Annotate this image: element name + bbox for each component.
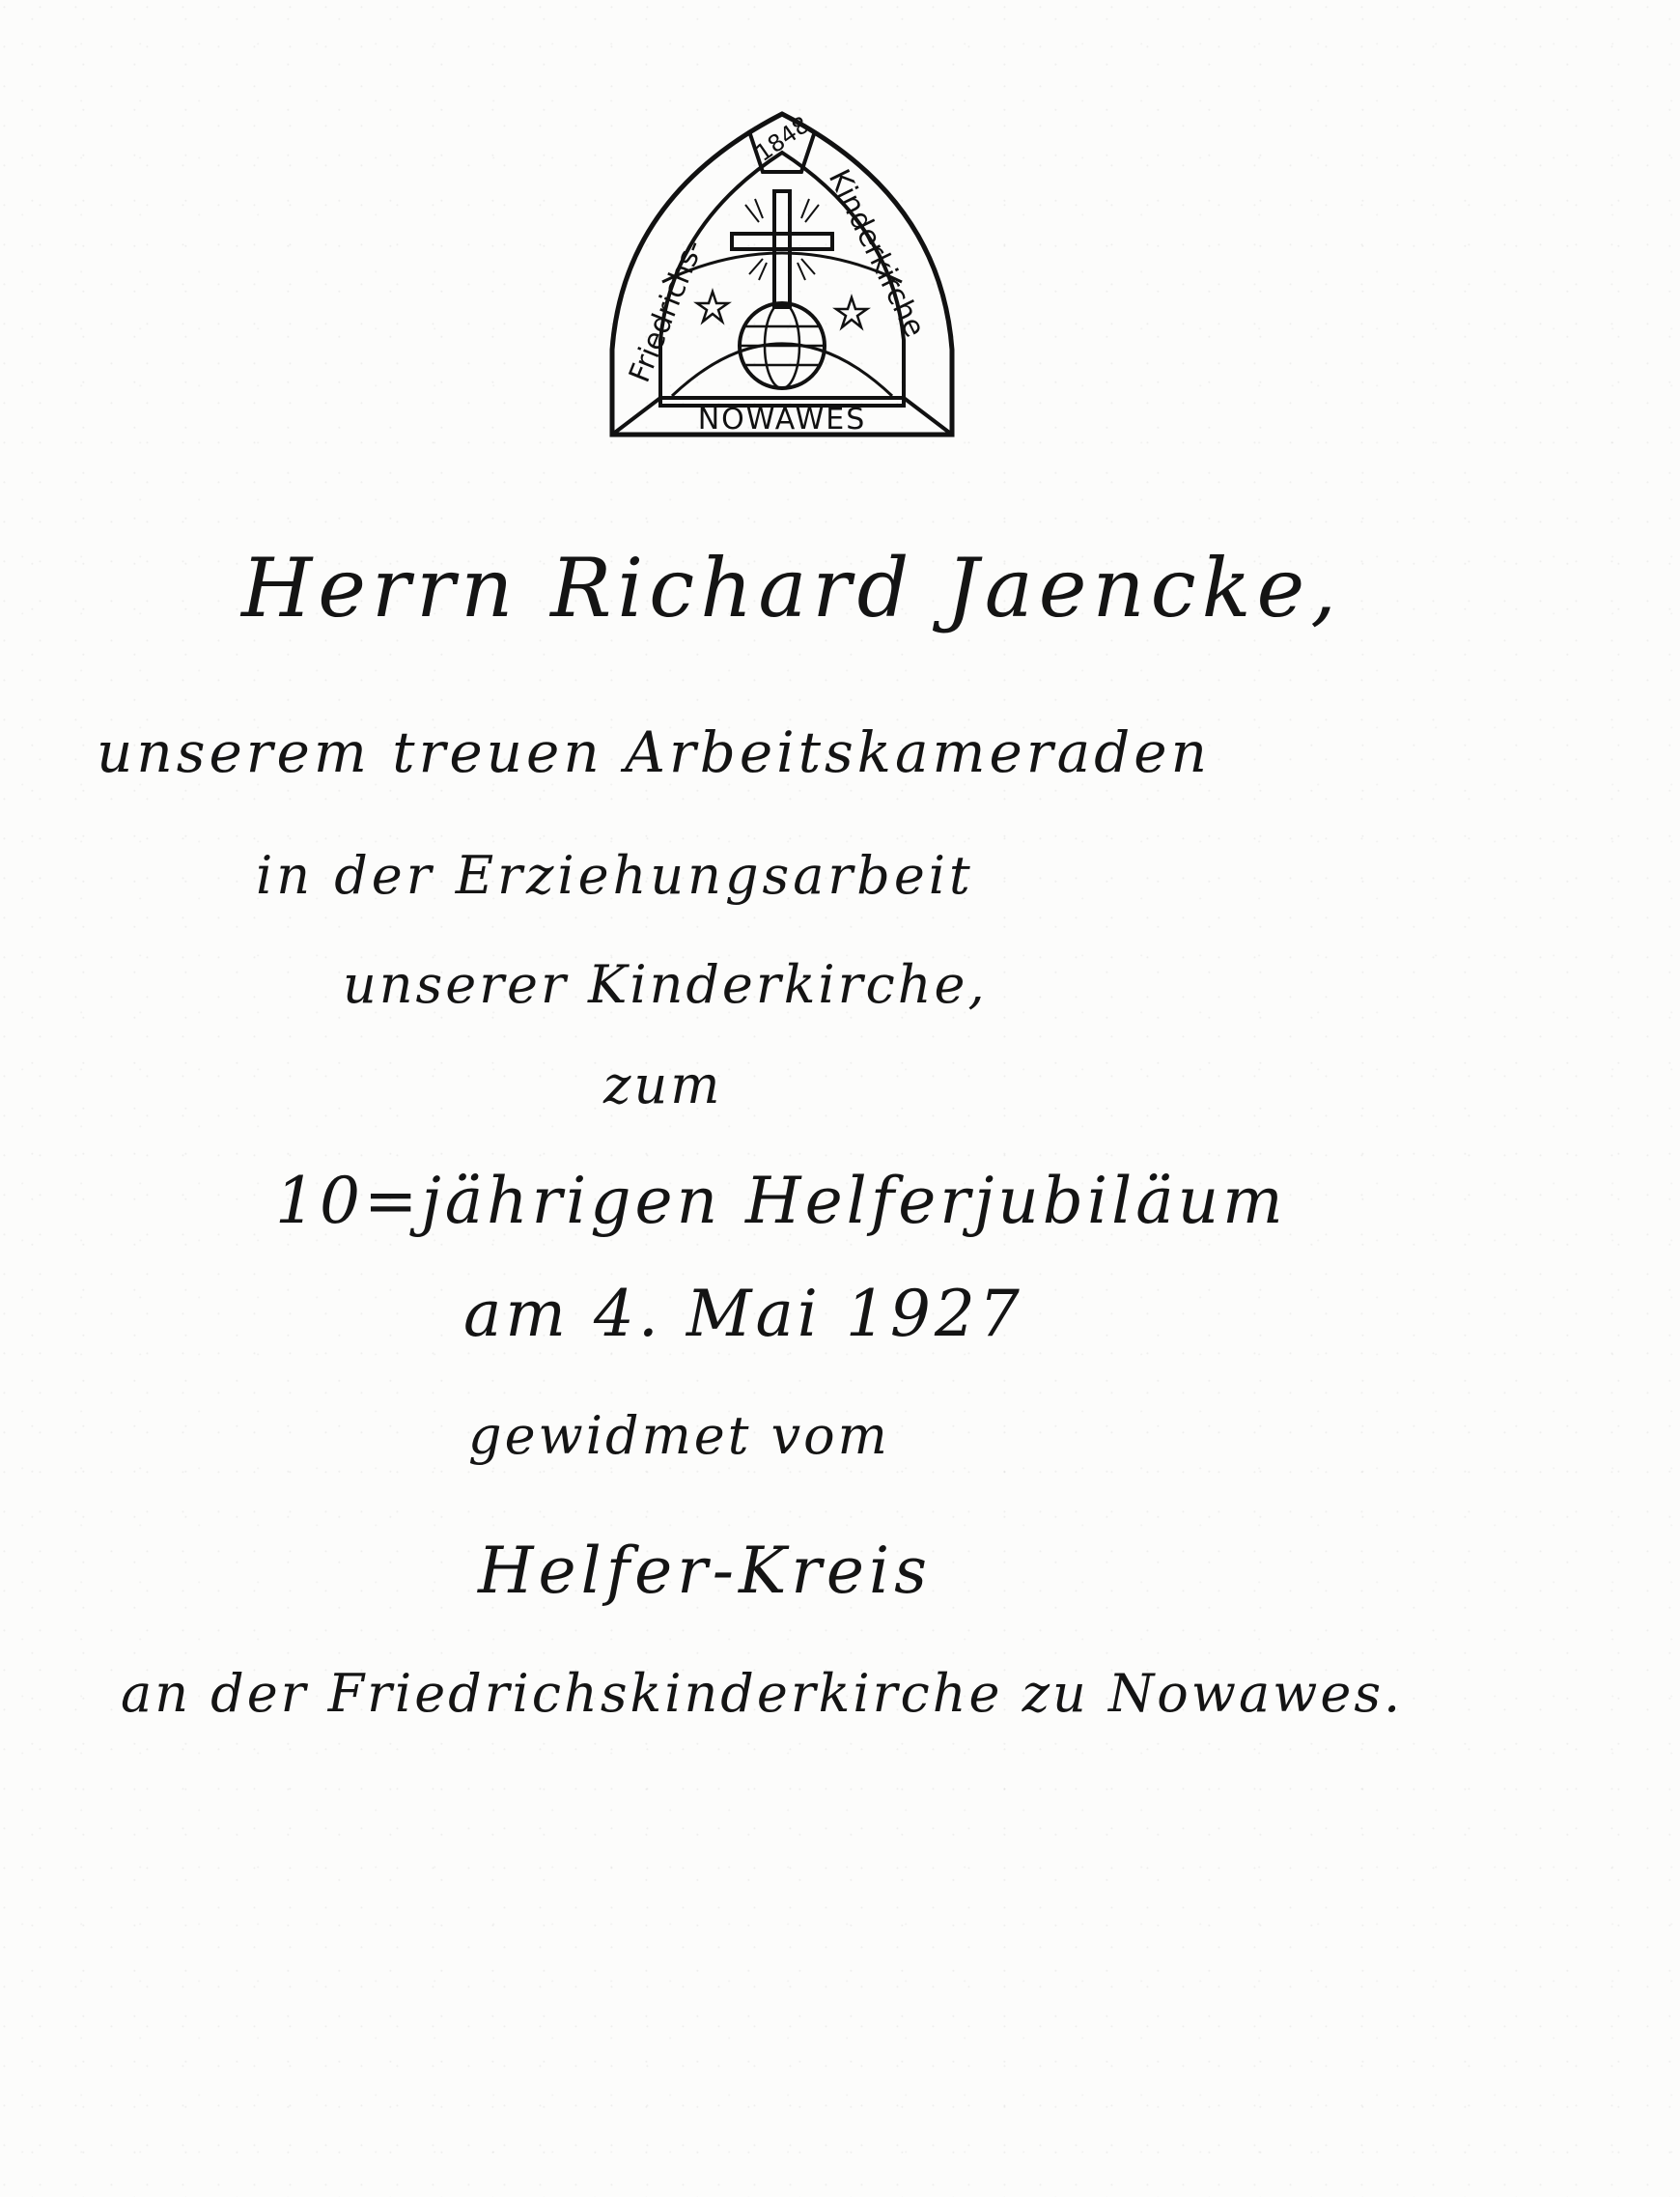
stamp-base-text: NOWAWES	[698, 403, 867, 437]
stamp-right-text: Kinderkirche	[822, 164, 932, 342]
cross-icon	[732, 191, 832, 307]
dedication-line: zum	[603, 1055, 722, 1115]
star-icon	[836, 297, 867, 327]
sender-origin-line: an der Friedrichskinderkirche zu Nowawes…	[121, 1663, 1403, 1724]
star-icon	[697, 292, 728, 322]
sender-line: Helfer-Kreis	[478, 1534, 932, 1608]
dedication-line: unserer Kinderkirche,	[343, 954, 988, 1015]
stamp-graphic: Friedrichs- 1848 Kinderkirche NOWAWES	[604, 108, 960, 446]
dedication-line: gewidmet vom	[468, 1405, 890, 1466]
church-stamp: Friedrichs- 1848 Kinderkirche NOWAWES	[604, 108, 960, 446]
occasion-line: 10=jährigen Helferjubiläum	[275, 1164, 1287, 1238]
dedication-line: unserem treuen Arbeitskameraden	[97, 719, 1211, 785]
date-line: am 4. Mai 1927	[463, 1277, 1023, 1351]
dedication-line: in der Erziehungsarbeit	[256, 845, 974, 906]
globe-icon	[740, 303, 825, 388]
recipient-line: Herrn Richard Jaencke,	[241, 541, 1342, 635]
